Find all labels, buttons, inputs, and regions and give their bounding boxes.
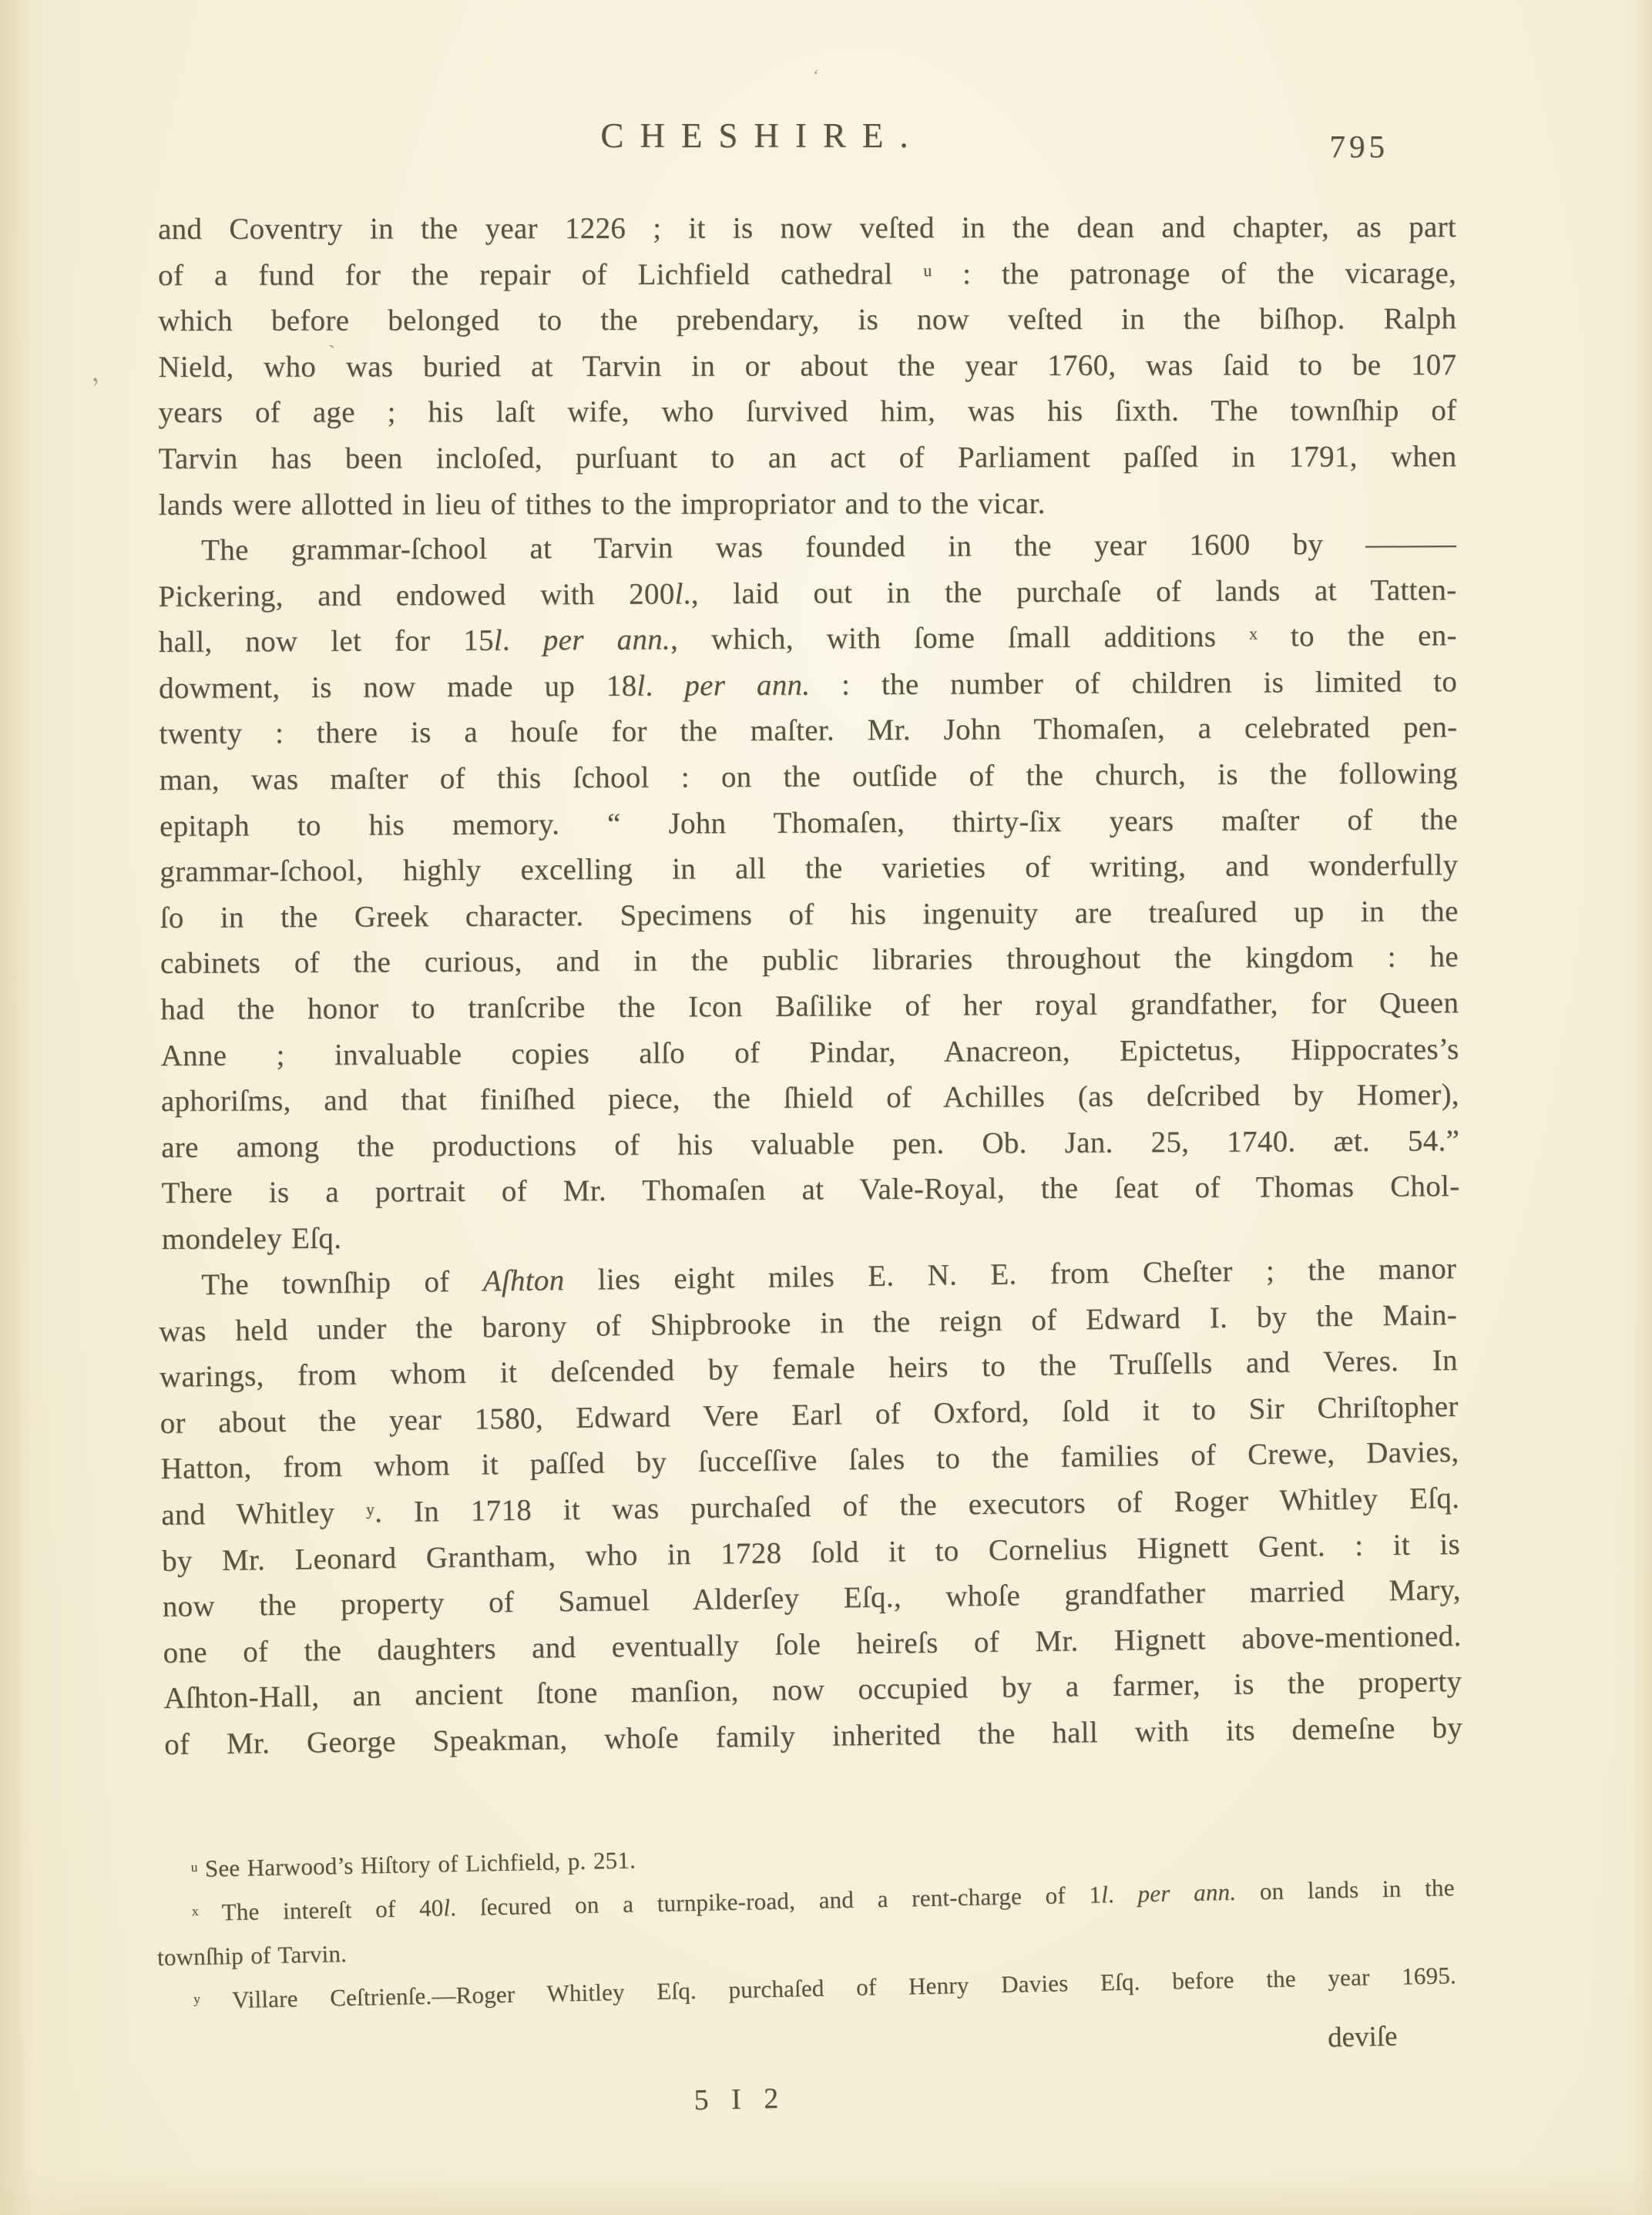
text-line: cabinets of the curious, and in the publ… xyxy=(160,935,1459,987)
text-line: hall, now let for 15l. per ann., which, … xyxy=(159,613,1457,666)
text-line: Nield, who was buried at Tarvin in or ab… xyxy=(158,342,1456,391)
text-line: man, was maſter of this ſchool : on the … xyxy=(159,750,1458,803)
text-line: ſo in the Greek character. Specimens of … xyxy=(159,888,1458,941)
text-line: had the honor to tranſcribe the Icon Baſ… xyxy=(160,980,1459,1032)
page-content: CHESHIRE. 795 and Coventry in the year 1… xyxy=(158,116,1456,2137)
scan-artifact: , xyxy=(85,356,102,389)
text-line: of a fund for the repair of Lichfield ca… xyxy=(158,250,1456,299)
body-text: and Coventry in the year 1226 ; it is no… xyxy=(158,206,1456,1767)
signature-mark: 5 I 2 xyxy=(693,2082,779,2117)
text-line: dowment, is now made up 18l. per ann. : … xyxy=(159,659,1457,711)
text-line: years of age ; his laſt wife, who ſurviv… xyxy=(158,388,1456,436)
text-line: Pickering, and endowed with 200l., laid … xyxy=(158,567,1456,619)
bottom-block: u See Harwood’s Hiſtory of Lichfield, p.… xyxy=(155,1821,1459,2137)
scan-artifact: ʻ xyxy=(810,65,820,87)
text-line: The grammar-ſchool at Tarvin was founded… xyxy=(158,521,1456,573)
text-line: grammar-ſchool, highly excelling in all … xyxy=(159,842,1458,894)
text-line: which before belonged to the prebendary,… xyxy=(158,296,1456,344)
book-page-scan: CHESHIRE. 795 and Coventry in the year 1… xyxy=(0,0,1652,2215)
text-line: epitaph to his memory. “ John Thomaſen, … xyxy=(159,797,1458,849)
text-line: and Coventry in the year 1226 ; it is no… xyxy=(158,204,1456,253)
paragraph: The townſhip of Aſhton lies eight miles … xyxy=(158,1246,1462,1768)
catchword: deviſe xyxy=(1328,2020,1398,2055)
page-header: CHESHIRE. 795 xyxy=(158,116,1456,163)
paragraph: The grammar-ſchool at Tarvin was founded… xyxy=(158,521,1460,1262)
paragraph: and Coventry in the year 1226 ; it is no… xyxy=(158,204,1457,528)
text-line: There is a portrait of Mr. Thomaſen at V… xyxy=(161,1164,1459,1217)
text-line: Anne ; invaluable copies alſo of Pindar,… xyxy=(160,1026,1459,1079)
footnotes: u See Harwood’s Hiſtory of Lichfield, p.… xyxy=(155,1821,1456,2023)
page-footer: deviſe 5 I 2 xyxy=(159,2003,1459,2137)
page-number: 795 xyxy=(1330,128,1389,165)
text-line: aphoriſms, and that finiſhed piece, the … xyxy=(161,1072,1459,1124)
text-line: lands were allotted in lieu of tithes to… xyxy=(159,480,1457,529)
text-line: Tarvin has been incloſed, purſuant to an… xyxy=(159,434,1457,482)
running-head-title: CHESHIRE. xyxy=(113,116,1412,156)
text-line: are among the productions of his valuabl… xyxy=(161,1118,1459,1170)
text-line: twenty : there is a houſe for the maſter… xyxy=(159,705,1457,757)
